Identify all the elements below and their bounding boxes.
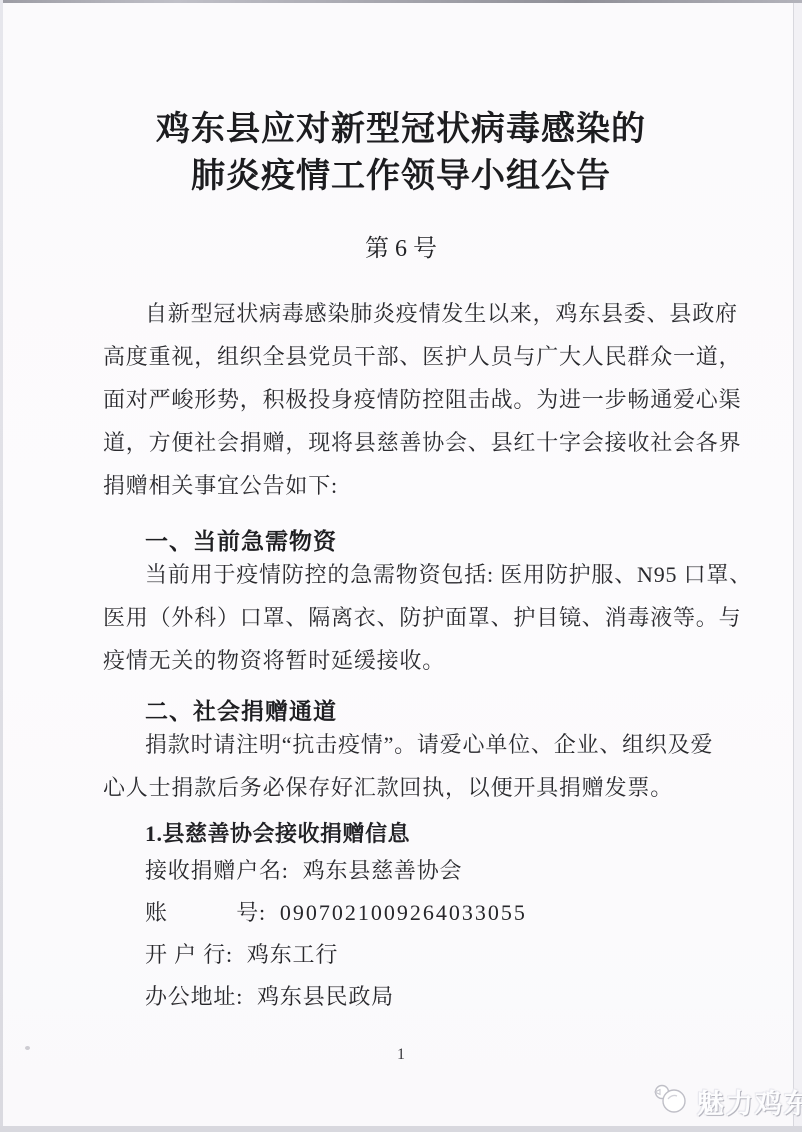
intro-line: 面对严峻形势，积极投身疫情防控阻击战。为进一步畅通爱心渠 (103, 378, 723, 421)
intro-line: 自新型冠状病毒感染肺炎疫情发生以来，鸡东县委、县政府 (103, 292, 723, 335)
intro-line: 高度重视，组织全县党员干部、医护人员与广大人民群众一道， (103, 335, 723, 378)
field-account-name: 接收捐赠户名:鸡东县慈善协会 (145, 850, 527, 892)
field-bank-label: 开 户 行: (145, 942, 233, 967)
intro-line: 捐赠相关事宜公告如下: (103, 464, 723, 507)
field-account-name-label: 接收捐赠户名: (145, 858, 289, 883)
section1-line: 医用（外科）口罩、隔离衣、防护面罩、护目镜、消毒液等。与 (103, 596, 723, 639)
field-account-number-label: 账 号: (145, 900, 266, 925)
section1-line: 当前用于疫情防控的急需物资包括: 医用防护服、N95 口罩、 (103, 553, 723, 596)
field-office-address-label: 办公地址: (145, 984, 243, 1009)
section1-line: 疫情无关的物资将暂时延缓接收。 (103, 639, 723, 682)
document-number: 第 6 号 (0, 228, 802, 263)
section2-line: 心人士捐款后务必保存好汇款回执，以便开具捐赠发票。 (103, 766, 723, 809)
scan-top-edge (0, 0, 802, 3)
watermark: 魅力鸡东 (652, 1082, 802, 1121)
field-office-address-value: 鸡东县民政局 (257, 984, 394, 1009)
scan-bottom-edge (0, 1126, 802, 1132)
document-title: 鸡东县应对新型冠状病毒感染的 肺炎疫情工作领导小组公告 (0, 106, 802, 200)
section2-paragraph: 捐款时请注明“抗击疫情”。请爱心单位、企业、组织及爱 心人士捐款后务必保存好汇款… (103, 723, 723, 809)
scanned-document-page: 鸡东县应对新型冠状病毒感染的 肺炎疫情工作领导小组公告 第 6 号 自新型冠状病… (0, 0, 802, 1132)
intro-line: 道，方便社会捐赠，现将县慈善协会、县红十字会接收社会各界 (103, 421, 723, 464)
document-title-line1: 鸡东县应对新型冠状病毒感染的 (0, 106, 802, 153)
document-title-line2: 肺炎疫情工作领导小组公告 (0, 153, 802, 200)
intro-paragraph: 自新型冠状病毒感染肺炎疫情发生以来，鸡东县委、县政府 高度重视，组织全县党员干部… (103, 292, 723, 507)
section1-paragraph: 当前用于疫情防控的急需物资包括: 医用防护服、N95 口罩、 医用（外科）口罩、… (103, 553, 723, 682)
field-account-number-value: 0907021009264033055 (280, 900, 527, 925)
field-bank: 开 户 行:鸡东工行 (145, 934, 527, 976)
field-bank-value: 鸡东工行 (247, 942, 338, 967)
field-office-address: 办公地址:鸡东县民政局 (145, 976, 527, 1018)
watermark-text: 魅力鸡东 (697, 1082, 802, 1121)
charity-info-heading: 1.县慈善协会接收捐赠信息 (145, 812, 410, 855)
field-account-name-value: 鸡东县慈善协会 (303, 858, 463, 883)
chick-logo-icon (652, 1083, 690, 1120)
section2-line: 捐款时请注明“抗击疫情”。请爱心单位、企业、组织及爱 (103, 723, 723, 766)
field-account-number: 账 号:0907021009264033055 (145, 892, 527, 934)
donation-info-fields: 接收捐赠户名:鸡东县慈善协会 账 号:0907021009264033055 开… (145, 850, 527, 1018)
page-number: 1 (0, 1046, 802, 1064)
